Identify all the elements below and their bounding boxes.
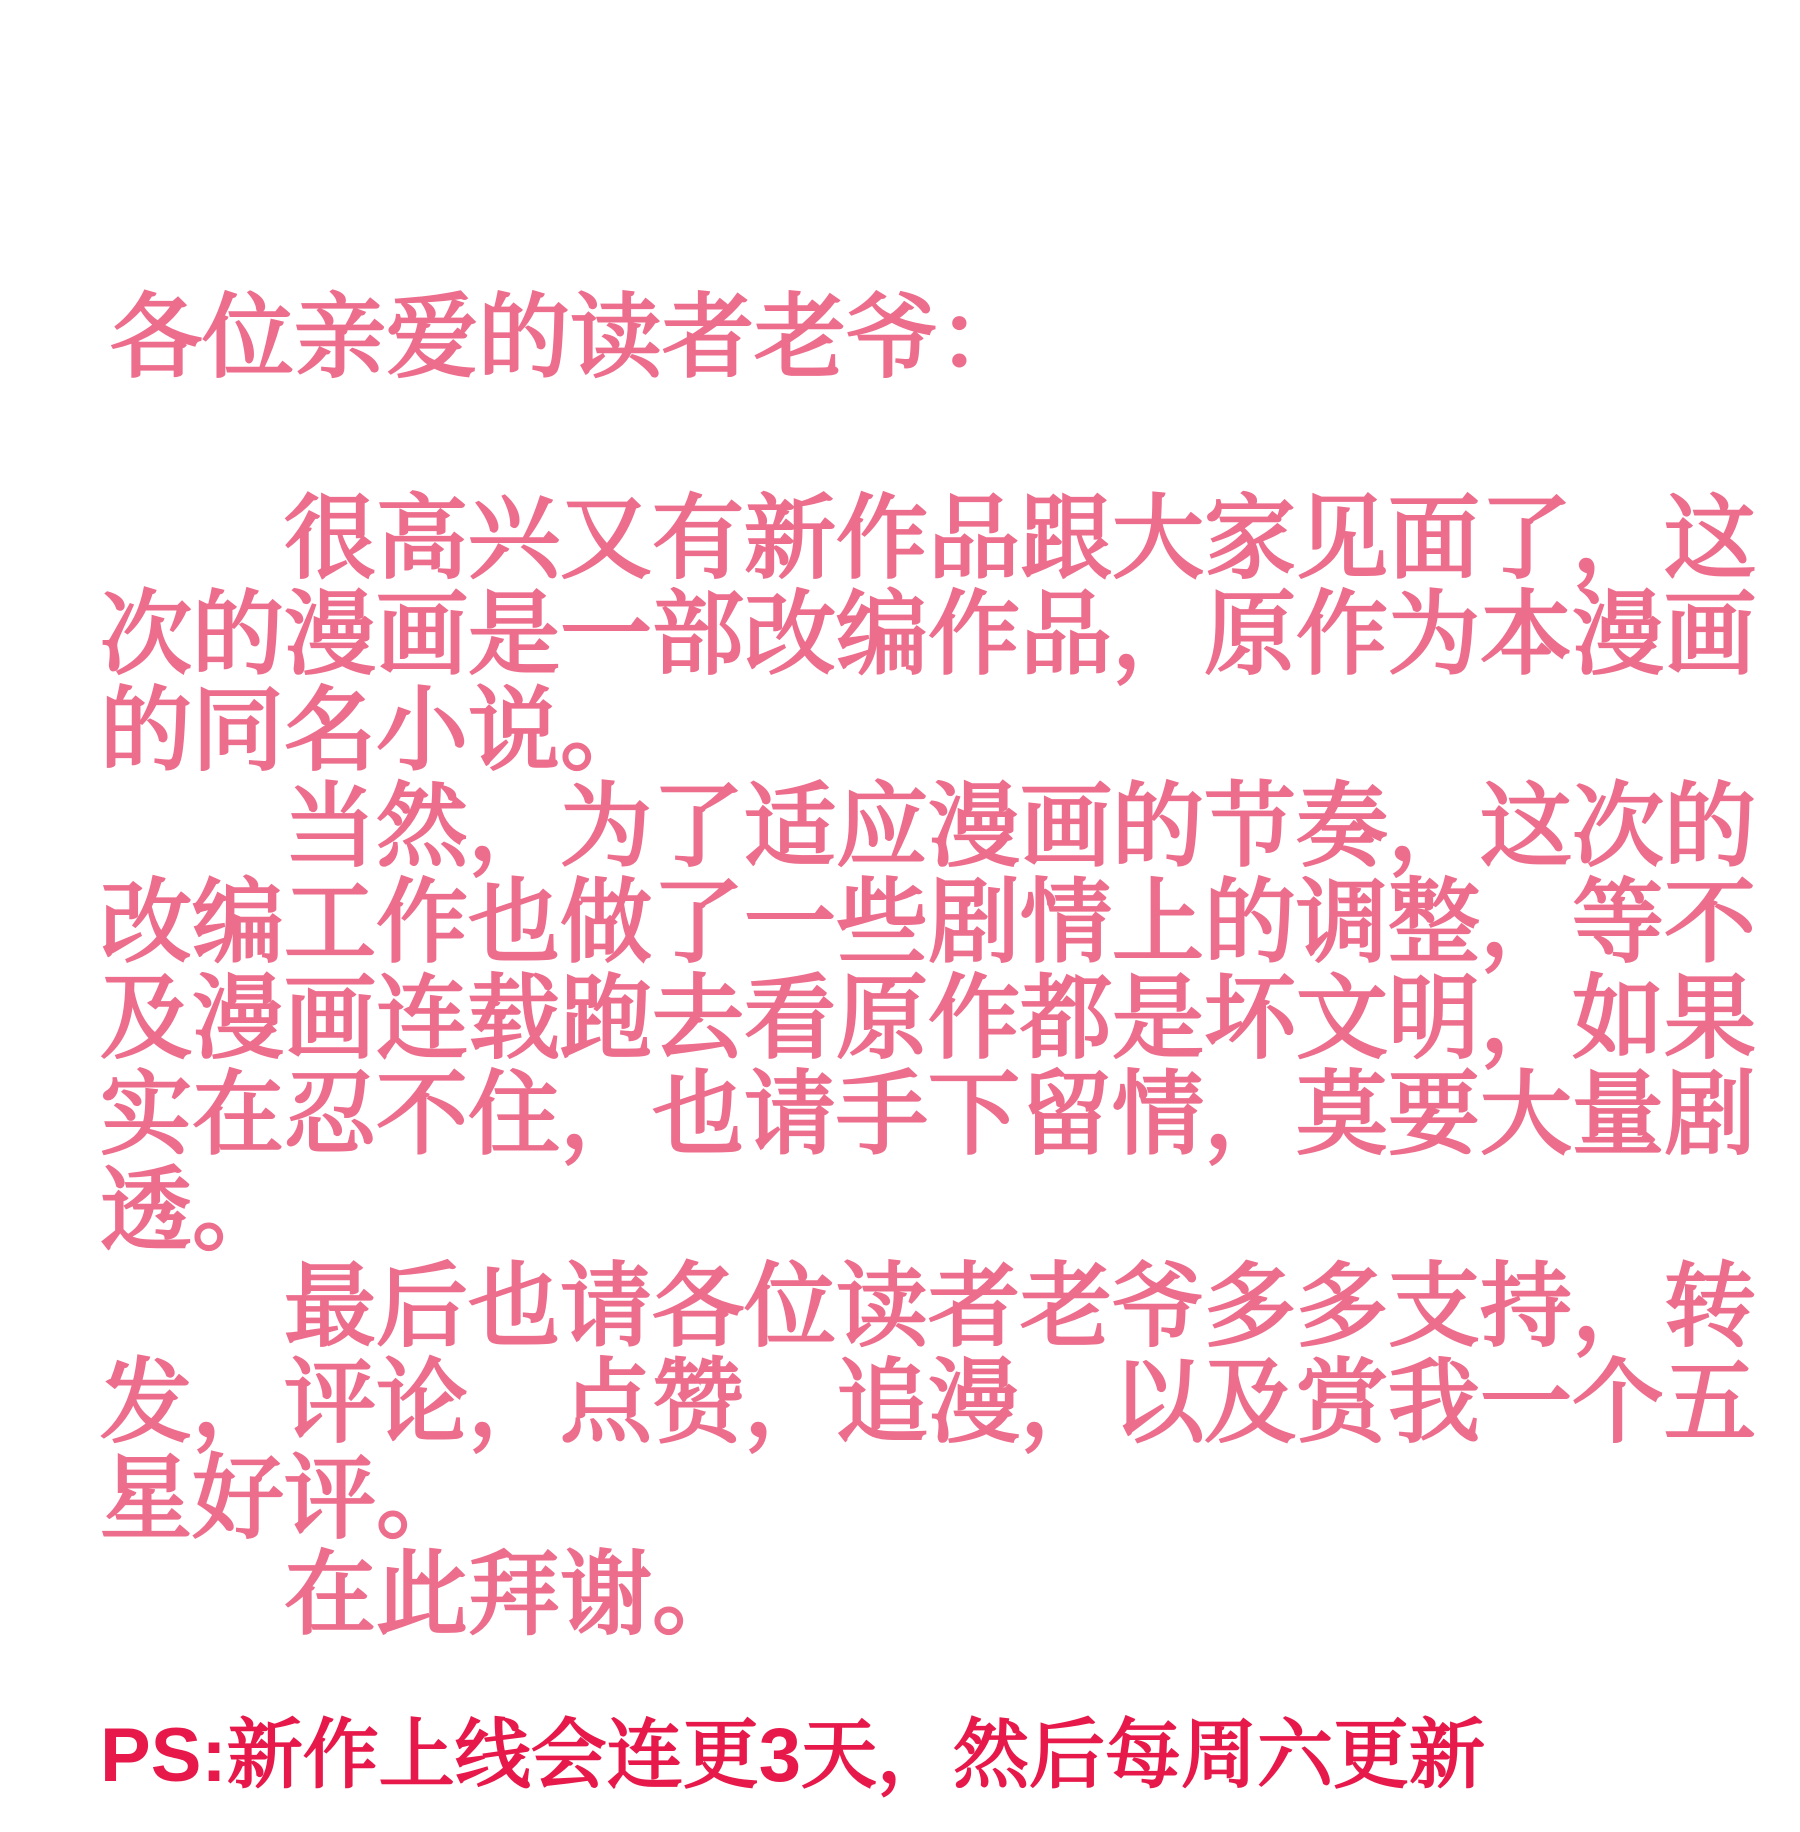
paragraph: 在此拜谢。 bbox=[100, 1547, 1720, 1643]
note-line: 的同名小说。 bbox=[100, 683, 1720, 779]
note-line: 改编工作也做了一些剧情上的调整，等不 bbox=[100, 875, 1720, 971]
note-line: 星好评。 bbox=[100, 1451, 1720, 1547]
paragraph: 最后也请各位读者老爷多多支持，转发，评论，点赞，追漫，以及赏我一个五星好评。 bbox=[100, 1259, 1720, 1547]
comic-author-note-page: { "note": { "background_color": "#ffffff… bbox=[0, 0, 1800, 1832]
note-line: 次的漫画是一部改编作品，原作为本漫画 bbox=[100, 587, 1720, 683]
note-line: 很高兴又有新作品跟大家见面了，这 bbox=[100, 491, 1720, 587]
paragraph: 很高兴又有新作品跟大家见面了，这次的漫画是一部改编作品，原作为本漫画的同名小说。 bbox=[100, 491, 1720, 779]
ps-update-schedule-note: PS:新作上线会连更3天，然后每周六更新 bbox=[100, 1713, 1485, 1799]
note-line: 在此拜谢。 bbox=[100, 1547, 1720, 1643]
paragraph: 当然，为了适应漫画的节奏，这次的改编工作也做了一些剧情上的调整，等不及漫画连载跑… bbox=[100, 779, 1720, 1259]
note-line: 发，评论，点赞，追漫，以及赏我一个五 bbox=[100, 1355, 1720, 1451]
note-line: 及漫画连载跑去看原作都是坏文明，如果 bbox=[100, 971, 1720, 1067]
author-note: 各位亲爱的读者老爷： 很高兴又有新作品跟大家见面了，这次的漫画是一部改编作品，原… bbox=[100, 290, 1720, 1643]
note-line: 透。 bbox=[100, 1163, 1720, 1259]
note-line: 最后也请各位读者老爷多多支持，转 bbox=[100, 1259, 1720, 1355]
note-paragraphs: 很高兴又有新作品跟大家见面了，这次的漫画是一部改编作品，原作为本漫画的同名小说。… bbox=[100, 491, 1720, 1643]
greeting-line: 各位亲爱的读者老爷： bbox=[110, 290, 1720, 386]
note-line: 当然，为了适应漫画的节奏，这次的 bbox=[100, 779, 1720, 875]
note-line: 实在忍不住，也请手下留情，莫要大量剧 bbox=[100, 1067, 1720, 1163]
